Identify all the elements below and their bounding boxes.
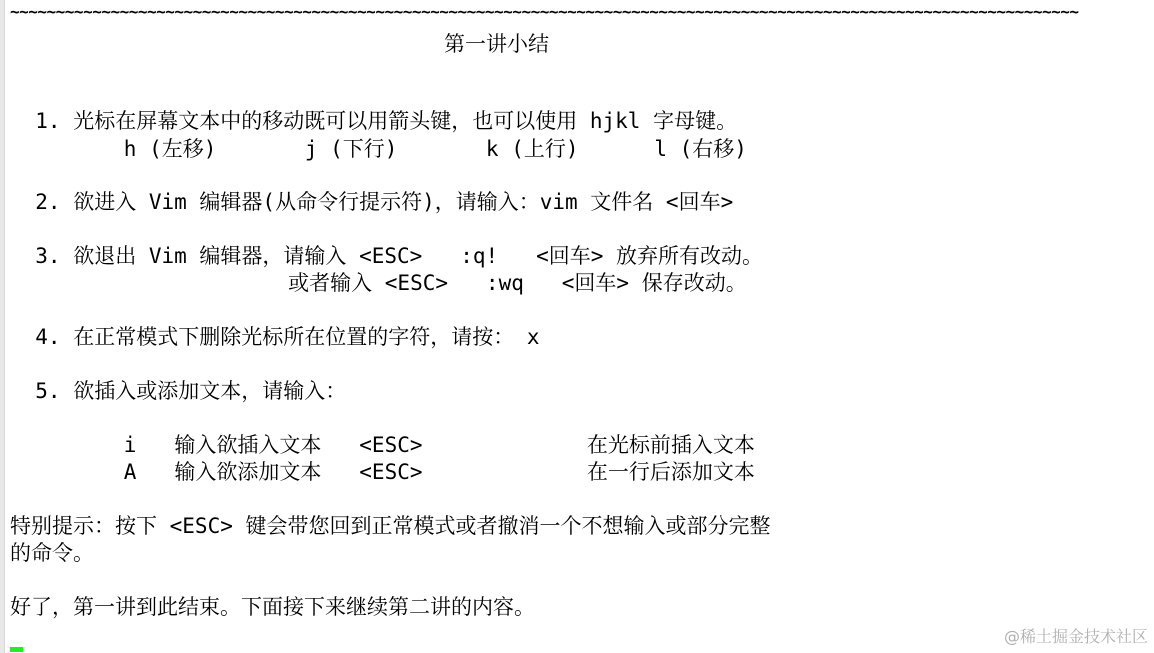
summary-item-3: 3. 欲退出 Vim 编辑器，请输入 <ESC> :q! <回车> 放弃所有改动… — [10, 243, 763, 270]
section-title: 第一讲小结 — [444, 28, 549, 58]
special-note-cont: 的命令。 — [10, 540, 94, 567]
summary-item-2: 2. 欲进入 Vim 编辑器(从命令行提示符)，请输入：vim 文件名 <回车> — [10, 189, 733, 216]
summary-item-5-insert: i 输入欲插入文本 <ESC> 在光标前插入文本 — [10, 432, 755, 459]
special-note: 特别提示：按下 <ESC> 键会带您回到正常模式或者撤消一个不想输入或部分完整 — [10, 513, 771, 540]
summary-item-5-append: A 输入欲添加文本 <ESC> 在一行后添加文本 — [10, 459, 755, 486]
tilde-separator: ~~~~~~~~~~~~~~~~~~~~~~~~~~~~~~~~~~~~~~~~… — [10, 2, 1079, 21]
summary-item-1-keys: h (左移) j (下行) k (上行) l (右移) — [10, 136, 747, 163]
closing-line: 好了，第一讲到此结束。下面接下来继续第二讲的内容。 — [10, 594, 535, 621]
summary-item-1: 1. 光标在屏幕文本中的移动既可以用箭头键，也可以使用 hjkl 字母键。 — [10, 108, 737, 135]
text-cursor — [10, 647, 23, 652]
summary-item-4: 4. 在正常模式下删除光标所在位置的字符，请按： x — [10, 324, 540, 351]
window-left-border — [0, 0, 5, 653]
summary-item-3-alt: 或者输入 <ESC> :wq <回车> 保存改动。 — [10, 270, 747, 297]
summary-item-5: 5. 欲插入或添加文本，请输入： — [10, 378, 346, 405]
watermark: @稀土掘金技术社区 — [1004, 624, 1148, 647]
